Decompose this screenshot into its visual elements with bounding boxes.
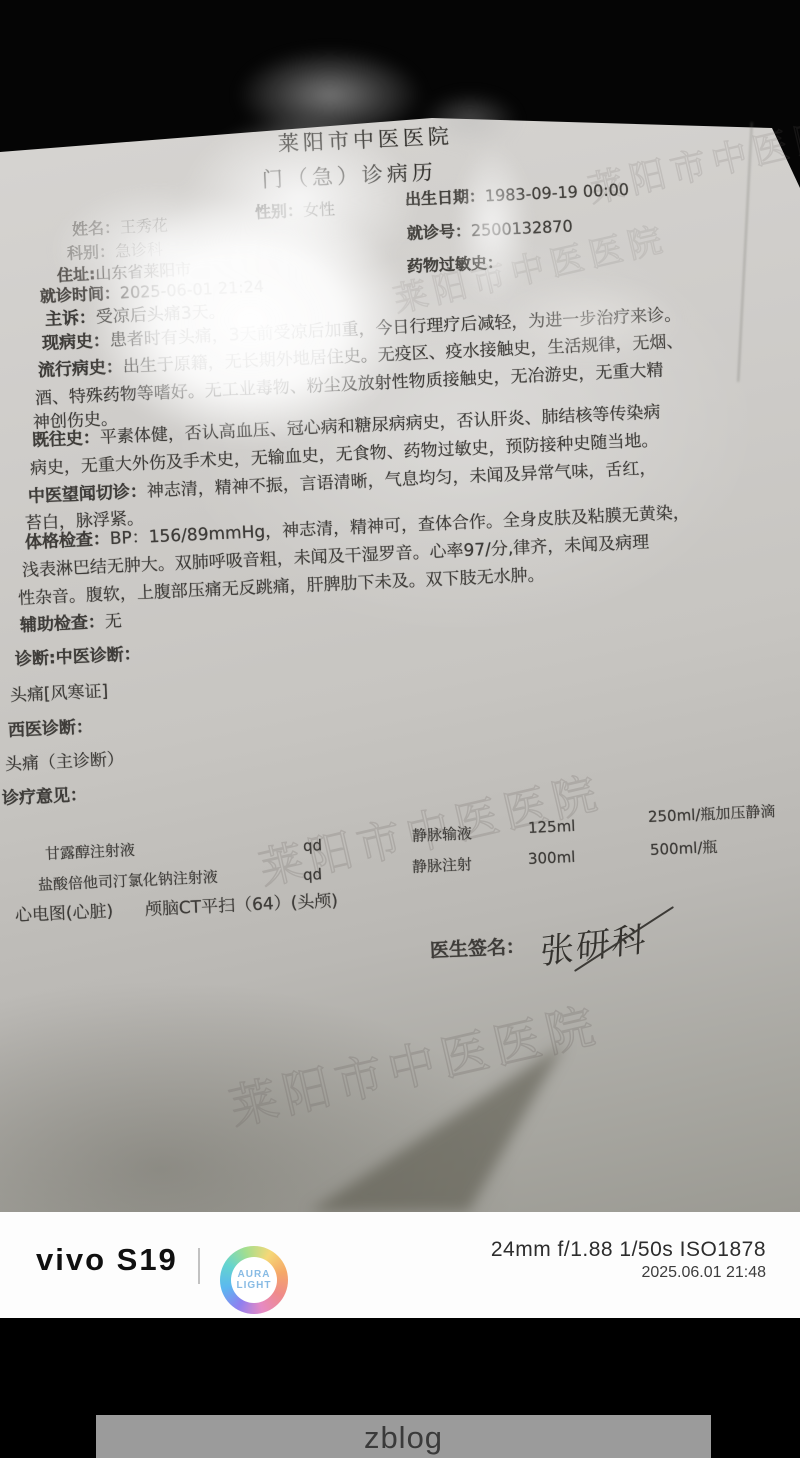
field-gender-label: 性别： [255, 201, 304, 222]
record-line: 西医诊断： [8, 717, 94, 741]
line-text: 头痛[风寒证] [10, 682, 109, 706]
logo-separator [198, 1248, 200, 1284]
zblog-label: zblog [364, 1420, 443, 1455]
rx-spec: 500ml/瓶 [650, 838, 718, 859]
record-line: 诊疗意见： [2, 785, 88, 809]
field-name-value: 王秀花 [120, 216, 169, 237]
field-dob-label: 出生日期： [405, 186, 486, 209]
line-label: 辅助检查： [20, 612, 106, 636]
field-dept-label: 科别： [67, 242, 116, 263]
field-gender: 性别：女性 [255, 199, 336, 222]
line-label: 既往史： [32, 428, 101, 451]
field-gender-value: 女性 [303, 199, 336, 219]
field-dept-value: 急诊科 [115, 240, 164, 261]
camera-exif-info: 24mm f/1.88 1/50s ISO1878 [491, 1238, 766, 1262]
vivo-s19-logo: vivo S19 [36, 1242, 178, 1278]
line-label: 流行病史： [38, 357, 124, 381]
line-label: 现病史： [42, 331, 111, 354]
rx-route: 静脉输液 [412, 824, 473, 845]
paper-shadow [250, 1040, 670, 1212]
line-label: 体格检查： [25, 529, 111, 553]
field-visit-no-label: 就诊号： [407, 221, 472, 243]
aura-light-icon: AURA LIGHT [220, 1246, 288, 1314]
camera-datetime: 2025.06.01 21:48 [641, 1264, 766, 1282]
field-name-label: 姓名： [72, 218, 121, 239]
aura-light-label: AURA LIGHT [231, 1257, 277, 1303]
aura-text-2: LIGHT [237, 1280, 272, 1292]
line-text: 无 [104, 611, 122, 632]
zblog-watermark-bar[interactable]: zblog [96, 1415, 711, 1458]
rx-route: 静脉注射 [412, 855, 473, 876]
line-label: 西医诊断： [8, 717, 94, 741]
rx-freq: qd [303, 836, 323, 855]
field-visit-time-label: 就诊时间： [40, 283, 121, 306]
line-label: 医生签名： [429, 936, 525, 962]
field-address-label: 住址: [57, 264, 96, 285]
screenshot-root: { "doc": { "hospital": "莱阳市中医医院", "title… [0, 0, 800, 1458]
rx-dose: 125ml [528, 817, 576, 837]
doctor-sign-label: 医生签名： [429, 936, 525, 963]
rx-freq: qd [303, 865, 323, 884]
line-label: 主诉： [45, 308, 97, 330]
rx-dose: 300ml [528, 848, 576, 868]
aura-text-1: AURA [238, 1269, 271, 1281]
photo-of-medical-record: 莱阳市中医医院 莱阳市中医医院 莱阳市中医医院 莱阳市中医医院 莱阳市中医医院 … [0, 0, 800, 1212]
line-label: 诊疗意见： [2, 785, 88, 809]
